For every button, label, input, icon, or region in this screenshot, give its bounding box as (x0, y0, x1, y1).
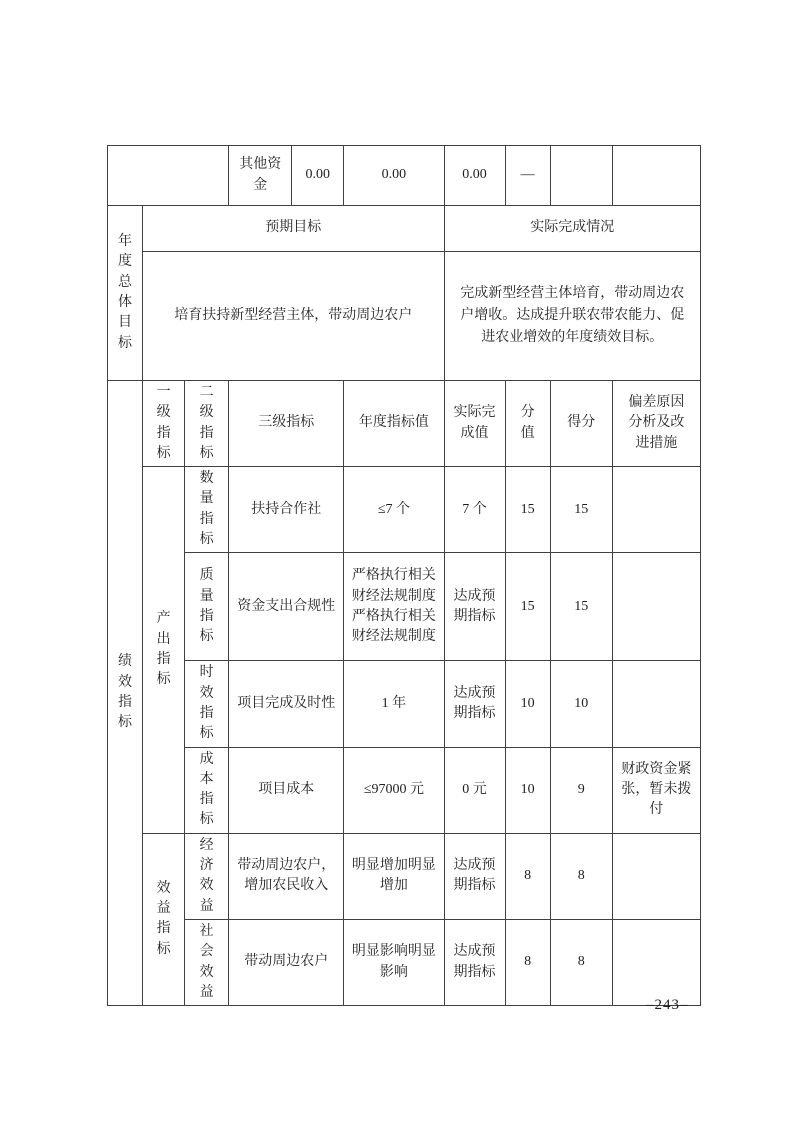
funding-initial-budget-cell: 0.00 (292, 146, 344, 206)
indicator-score: 9 (550, 747, 612, 833)
indicator-row-2: 质量指标 资金支出合规性 严格执行相关财经法规制度严格执行相关财经法规制度 达成… (108, 553, 701, 661)
group-benefit-indicator-text: 效益指标 (156, 879, 171, 960)
indicator-level2-text: 成本指标 (199, 750, 214, 831)
indicator-level2: 社会效益 (185, 919, 229, 1005)
indicator-annual-value: ≤7 个 (344, 467, 444, 553)
annual-goal-section-label: 年度总体目标 (108, 206, 143, 381)
document-page: 其他资金 0.00 0.00 0.00 — 年度总体目标 预期目标 实际完成情况… (0, 0, 794, 1122)
funding-spacer-cell (108, 146, 229, 206)
indicator-actual-value: 达成预期指标 (444, 833, 505, 919)
indicator-actual-value: 0 元 (444, 747, 505, 833)
indicator-level3: 项目完成及时性 (229, 661, 344, 747)
indicator-deviation (612, 833, 700, 919)
performance-indicator-section-label-text: 绩效指标 (118, 652, 133, 733)
expected-goal-cell: 培育扶持新型经营主体，带动周边农户 (143, 252, 444, 381)
indicator-score-weight: 8 (505, 919, 550, 1005)
indicator-score-weight: 15 (505, 467, 550, 553)
funding-row: 其他资金 0.00 0.00 0.00 — (108, 146, 701, 206)
header-score: 得分 (550, 381, 612, 467)
indicator-row-1: 产出指标 数量指标 扶持合作社 ≤7 个 7 个 15 15 (108, 467, 701, 553)
indicator-level2: 时效指标 (185, 661, 229, 747)
group-output-indicator: 产出指标 (143, 467, 185, 834)
indicator-annual-value: 严格执行相关财经法规制度严格执行相关财经法规制度 (344, 553, 444, 661)
indicator-level2: 质量指标 (185, 553, 229, 661)
indicator-score-weight: 10 (505, 661, 550, 747)
expected-goal-text: 培育扶持新型经营主体，带动周边农户 (147, 305, 439, 327)
annual-goal-header-row: 年度总体目标 预期目标 实际完成情况 (108, 206, 701, 252)
group-benefit-indicator: 效益指标 (143, 833, 185, 1005)
indicator-level3: 资金支出合规性 (229, 553, 344, 661)
actual-completion-text: 完成新型经营主体培育，带动周边农户增收。达成提升联农带农能力、促进农业增效的年度… (456, 283, 688, 348)
indicator-annual-value: 明显影响明显影响 (344, 919, 444, 1005)
expected-goal-header: 预期目标 (143, 206, 444, 252)
indicator-level2-text: 质量指标 (199, 566, 214, 647)
indicator-actual-value: 达成预期指标 (444, 661, 505, 747)
indicator-row-6: 社会效益 带动周边农户 明显影响明显影响 达成预期指标 8 8 (108, 919, 701, 1005)
indicator-score: 8 (550, 833, 612, 919)
indicator-level2-text: 社会效益 (199, 922, 214, 1003)
indicator-actual-value: 达成预期指标 (444, 553, 505, 661)
indicator-level2: 数量指标 (185, 467, 229, 553)
annual-goal-content-row: 培育扶持新型经营主体，带动周边农户 完成新型经营主体培育，带动周边农户增收。达成… (108, 252, 701, 381)
header-deviation: 偏差原因分析及改进措施 (612, 381, 700, 467)
indicator-score: 15 (550, 553, 612, 661)
indicator-level3: 带动周边农户，增加农民收入 (229, 833, 344, 919)
header-level3: 三级指标 (229, 381, 344, 467)
header-score-weight: 分值 (505, 381, 550, 467)
indicator-level2: 经济效益 (185, 833, 229, 919)
funding-dash-cell: — (505, 146, 550, 206)
actual-completion-header: 实际完成情况 (444, 206, 701, 252)
performance-evaluation-table: 其他资金 0.00 0.00 0.00 — 年度总体目标 预期目标 实际完成情况… (107, 145, 701, 1006)
indicator-annual-value: 明显增加明显增加 (344, 833, 444, 919)
indicator-annual-value: ≤97000 元 (344, 747, 444, 833)
indicator-actual-value: 7 个 (444, 467, 505, 553)
group-output-indicator-text: 产出指标 (156, 609, 171, 690)
page-number: –243– (646, 997, 689, 1014)
indicator-row-4: 成本指标 项目成本 ≤97000 元 0 元 10 9 财政资金紧张，暂未拨付 (108, 747, 701, 833)
indicator-header-row: 绩效指标 一级指标 二级指标 三级指标 年度指标值 实际完成值 分值 得分 偏差… (108, 381, 701, 467)
indicator-score-weight: 8 (505, 833, 550, 919)
indicator-score: 8 (550, 919, 612, 1005)
indicator-level3: 项目成本 (229, 747, 344, 833)
indicator-score-weight: 10 (505, 747, 550, 833)
indicator-level2: 成本指标 (185, 747, 229, 833)
indicator-deviation: 财政资金紧张，暂未拨付 (612, 747, 700, 833)
funding-empty-cell-2 (612, 146, 700, 206)
indicator-actual-value: 达成预期指标 (444, 919, 505, 1005)
indicator-deviation (612, 661, 700, 747)
indicator-score-weight: 15 (505, 553, 550, 661)
funding-fullyear-budget-cell: 0.00 (344, 146, 444, 206)
indicator-deviation (612, 467, 700, 553)
header-level1: 一级指标 (143, 381, 185, 467)
indicator-score: 10 (550, 661, 612, 747)
header-level2-text: 二级指标 (199, 383, 214, 464)
indicator-deviation (612, 919, 700, 1005)
indicator-level2-text: 经济效益 (199, 836, 214, 917)
indicator-row-5: 效益指标 经济效益 带动周边农户，增加农民收入 明显增加明显增加 达成预期指标 … (108, 833, 701, 919)
header-deviation-text: 偏差原因分析及改进措施 (626, 393, 686, 454)
funding-fullyear-actual-cell: 0.00 (444, 146, 505, 206)
indicator-row-3: 时效指标 项目完成及时性 1 年 达成预期指标 10 10 (108, 661, 701, 747)
annual-goal-section-label-text: 年度总体目标 (118, 232, 133, 354)
actual-completion-cell: 完成新型经营主体培育，带动周边农户增收。达成提升联农带农能力、促进农业增效的年度… (444, 252, 701, 381)
header-score-weight-text: 分值 (520, 403, 535, 444)
performance-indicator-section-label: 绩效指标 (108, 381, 143, 1006)
header-level2: 二级指标 (185, 381, 229, 467)
indicator-level2-text: 数量指标 (199, 469, 214, 550)
indicator-level3: 带动周边农户 (229, 919, 344, 1005)
header-annual-value: 年度指标值 (344, 381, 444, 467)
header-actual-value: 实际完成值 (444, 381, 505, 467)
funding-label-cell: 其他资金 (229, 146, 292, 206)
indicator-annual-value: 1 年 (344, 661, 444, 747)
header-level1-text: 一级指标 (156, 383, 171, 464)
indicator-deviation (612, 553, 700, 661)
indicator-score: 15 (550, 467, 612, 553)
indicator-level2-text: 时效指标 (199, 663, 214, 744)
indicator-level3: 扶持合作社 (229, 467, 344, 553)
funding-empty-cell-1 (550, 146, 612, 206)
